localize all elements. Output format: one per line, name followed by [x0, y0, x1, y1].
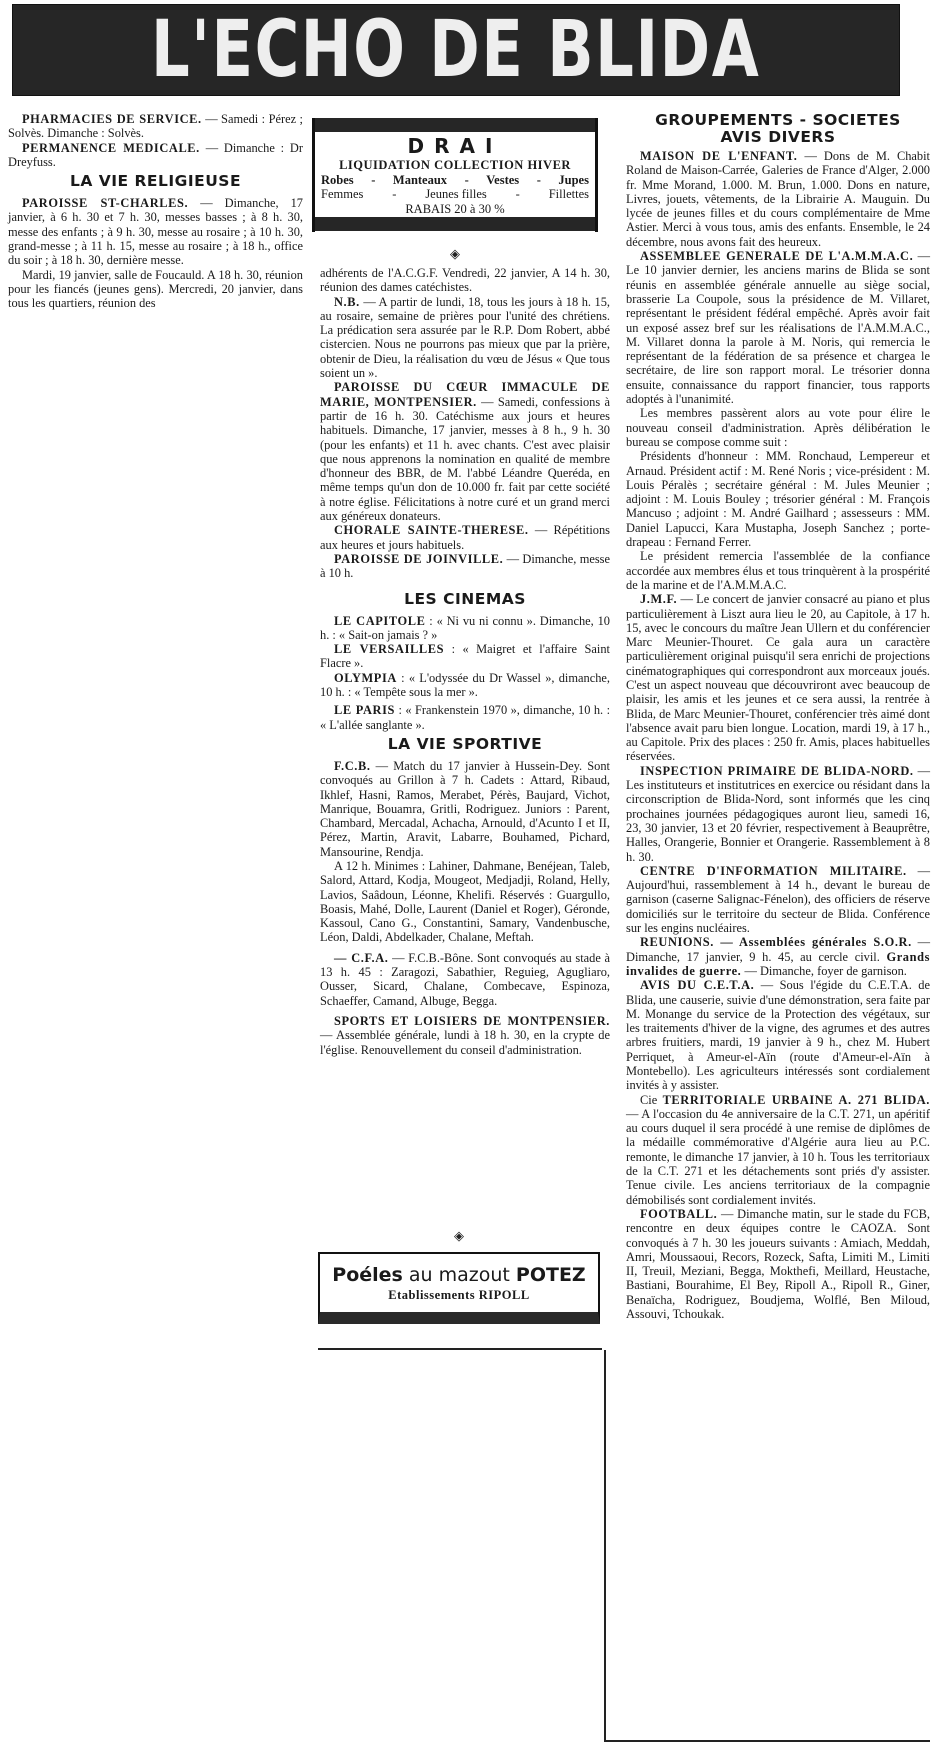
centre-heading: CENTRE D'INFORMATION MILITAIRE.: [640, 864, 907, 878]
ceta-text: — Sous l'égide du C.E.T.A. de Blida, une…: [626, 978, 930, 1092]
mardi-paragraph: Mardi, 19 janvier, salle de Foucauld. A …: [8, 268, 303, 311]
pharmacies-paragraph: PHARMACIES DE SERVICE. — Samedi : Pérez …: [8, 112, 303, 141]
ammac-heading: ASSEMBLEE GENERALE DE L'A.M.M.A.C.: [640, 249, 913, 263]
ammac-text: — Le 10 janvier dernier, les anciens mar…: [626, 249, 930, 406]
ad-potez-company: Etablissements RIPOLL: [320, 1288, 598, 1303]
divider-rule: [318, 1348, 602, 1350]
sports-loisirs-heading: SPORTS ET LOISIERS DE MONTPENSIER.: [334, 1014, 610, 1028]
ceta-paragraph: AVIS DU C.E.T.A. — Sous l'égide du C.E.T…: [626, 978, 930, 1092]
maison-paragraph: MAISON DE L'ENFANT. — Dons de M. Chabit …: [626, 149, 930, 249]
inspection-paragraph: INSPECTION PRIMAIRE DE BLIDA-NORD. — Les…: [626, 764, 930, 864]
chorale-heading: CHORALE SAINTE-THERESE.: [334, 523, 529, 537]
fcb-paragraph: F.C.B. — Match du 17 janvier à Hussein-D…: [320, 759, 610, 859]
ad-drai-audience: Femmes - Jeunes filles - Fillettes: [315, 187, 595, 201]
cie-text: — A l'occasion du 4e anniversaire de la …: [626, 1107, 930, 1207]
ad-item: Manteaux: [393, 173, 447, 187]
column-1: PHARMACIES DE SERVICE. — Samedi : Pérez …: [8, 112, 303, 311]
stcharles-heading: PAROISSE ST-CHARLES.: [22, 196, 188, 210]
jmf-text: — Le concert de janvier consacré au pian…: [626, 592, 930, 763]
nb-heading: N.B.: [334, 295, 360, 309]
fcb-heading: F.C.B.: [334, 759, 371, 773]
newspaper-title: L'ECHO DE BLIDA: [151, 11, 760, 89]
ad-sep: -: [537, 173, 541, 187]
ad-bar-top: [315, 118, 595, 132]
inspection-text: — Les instituteurs et institutrices en e…: [626, 764, 930, 864]
reunions-paragraph: REUNIONS. — Assemblées générales S.O.R. …: [626, 935, 930, 978]
cfa-paragraph: — C.F.A. — F.C.B.-Bône. Sont convoqués a…: [320, 951, 610, 1008]
coeur-paragraph: PAROISSE DU CŒUR IMMACULE DE MARIE, MONT…: [320, 380, 610, 523]
cinema-name: LE PARIS: [334, 703, 395, 717]
cinema-item: LE VERSAILLES : « Maigret et l'affaire S…: [320, 642, 610, 671]
ceta-heading: AVIS DU C.E.T.A.: [640, 978, 754, 992]
ad-drai-items: Robes - Manteaux - Vestes - Jupes: [315, 173, 595, 187]
ad-sep: -: [465, 173, 469, 187]
jmf-heading: J.M.F.: [640, 592, 677, 606]
joinville-paragraph: PAROISSE DE JOINVILLE. — Dimanche, messe…: [320, 552, 610, 581]
ad-potez-headline: Poéles au mazout POTEZ: [320, 1264, 598, 1286]
nb-paragraph: N.B. — A partir de lundi, 18, tous les j…: [320, 295, 610, 381]
cinema-name: OLYMPIA: [334, 671, 397, 685]
cfa-heading: — C.F.A.: [334, 951, 388, 965]
column-divider: [604, 1350, 606, 1740]
ad-drai-brand: DRAI: [315, 134, 595, 158]
ad-audience: Femmes: [321, 187, 363, 201]
minimes-paragraph: A 12 h. Minimes : Lahiner, Dahmane, Bené…: [320, 859, 610, 945]
cinema-name: LE CAPITOLE: [334, 614, 425, 628]
nb-text: — A partir de lundi, 18, tous les jours …: [320, 295, 610, 380]
stcharles-paragraph: PAROISSE ST-CHARLES. — Dimanche, 17 janv…: [8, 196, 303, 267]
medicale-heading: PERMANENCE MEDICALE.: [22, 141, 200, 155]
bureau-paragraph: Présidents d'honneur : MM. Ronchaud, Lem…: [626, 449, 930, 549]
remercia-paragraph: Le président remercia l'assemblée de la …: [626, 549, 930, 592]
football-paragraph: FOOTBALL. — Dimanche matin, sur le stade…: [626, 1207, 930, 1321]
ad-bar-bottom: [315, 217, 595, 231]
ad-sep: -: [516, 187, 520, 201]
cinema-item: LE CAPITOLE : « Ni vu ni connu ». Dimanc…: [320, 614, 610, 643]
bottom-rule: [604, 1740, 930, 1742]
maison-text: — Dons de M. Chabit Roland de Maison-Car…: [626, 149, 930, 249]
section-title-cinemas: LES CINEMAS: [320, 591, 610, 608]
section-title-avis: AVIS DIVERS: [626, 129, 930, 146]
fcb-text: — Match du 17 janvier à Hussein-Dey. Son…: [320, 759, 610, 859]
column-2: adhérents de l'A.C.G.F. Vendredi, 22 jan…: [320, 266, 610, 1057]
column-3: GROUPEMENTS - SOCIETES AVIS DIVERS MAISO…: [626, 112, 930, 1321]
section-title-religious: LA VIE RELIGIEUSE: [8, 173, 303, 190]
ad-item: Robes: [321, 173, 354, 187]
section-title-groupements: GROUPEMENTS - SOCIETES: [626, 112, 930, 129]
cinema-name: LE VERSAILLES: [334, 642, 444, 656]
ad-potez-word: au mazout: [403, 1264, 516, 1286]
ammac-paragraph: ASSEMBLEE GENERALE DE L'A.M.M.A.C. — Le …: [626, 249, 930, 406]
football-text: — Dimanche matin, sur le stade du FCB, r…: [626, 1207, 930, 1321]
pharmacies-heading: PHARMACIES DE SERVICE.: [22, 112, 202, 126]
cie-paragraph: Cie TERRITORIALE URBAINE A. 271 BLIDA. —…: [626, 1093, 930, 1207]
section-title-sport: LA VIE SPORTIVE: [320, 736, 610, 753]
jmf-paragraph: J.M.F. — Le concert de janvier consacré …: [626, 592, 930, 764]
cinema-item: LE PARIS : « Frankenstein 1970 », dimanc…: [320, 703, 610, 732]
ad-item: Vestes: [486, 173, 519, 187]
sports-loisirs-paragraph: SPORTS ET LOISIERS DE MONTPENSIER. — Ass…: [320, 1014, 610, 1057]
cinema-item: OLYMPIA : « L'odyssée du Dr Wassel », di…: [320, 671, 610, 700]
ornament-icon: ◈: [454, 1228, 464, 1244]
ad-drai: DRAI LIQUIDATION COLLECTION HIVER Robes …: [312, 118, 598, 232]
ornament-icon: ◈: [450, 246, 460, 262]
coeur-text: — Samedi, confessions à partir de 16 h. …: [320, 395, 610, 523]
ad-potez-word: Poéles: [332, 1264, 403, 1286]
inspection-heading: INSPECTION PRIMAIRE DE BLIDA-NORD.: [640, 764, 914, 778]
cie-heading: TERRITORIALE URBAINE A. 271 BLIDA.: [663, 1093, 930, 1107]
sports-loisirs-text: — Assemblée générale, lundi à 18 h. 30, …: [320, 1028, 610, 1056]
ad-audience: Jeunes filles: [425, 187, 486, 201]
centre-paragraph: CENTRE D'INFORMATION MILITAIRE. — Aujour…: [626, 864, 930, 935]
ad-potez: Poéles au mazout POTEZ Etablissements RI…: [318, 1252, 600, 1324]
invalides-text: — Dimanche, foyer de garnison.: [741, 964, 907, 978]
membres-paragraph: Les membres passèrent alors au vote pour…: [626, 406, 930, 449]
ad-potez-brand: POTEZ: [516, 1264, 586, 1286]
football-heading: FOOTBALL.: [640, 1207, 717, 1221]
ad-sep: -: [392, 187, 396, 201]
ad-item: Jupes: [558, 173, 589, 187]
joinville-heading: PAROISSE DE JOINVILLE.: [334, 552, 503, 566]
medicale-paragraph: PERMANENCE MEDICALE. — Dimanche : Dr Dre…: [8, 141, 303, 170]
maison-heading: MAISON DE L'ENFANT.: [640, 149, 798, 163]
continued-paragraph: adhérents de l'A.C.G.F. Vendredi, 22 jan…: [320, 266, 610, 295]
ad-drai-discount: RABAIS 20 à 30 %: [315, 201, 595, 217]
ad-sep: -: [371, 173, 375, 187]
reunions-heading: REUNIONS. — Assemblées générales S.O.R.: [640, 935, 912, 949]
ad-drai-headline: LIQUIDATION COLLECTION HIVER: [315, 158, 595, 173]
ad-audience: Fillettes: [549, 187, 589, 201]
chorale-paragraph: CHORALE SAINTE-THERESE. — Répétitions au…: [320, 523, 610, 552]
masthead: L'ECHO DE BLIDA: [12, 4, 900, 96]
cie-prefix: Cie: [640, 1093, 663, 1107]
